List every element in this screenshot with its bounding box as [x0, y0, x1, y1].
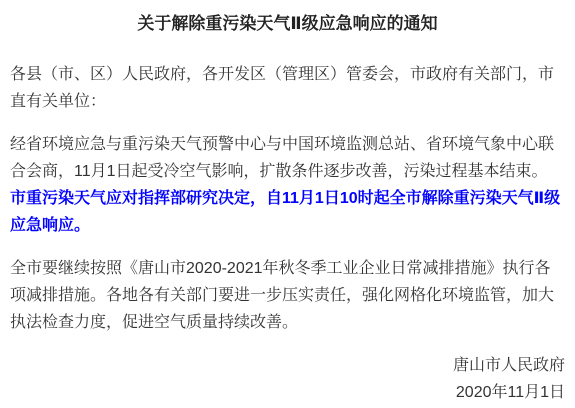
decision-highlight-text: 市重污染天气应对指挥部研究决定，自11月1日10时起全市解除重污染天气Ⅱ级应急响… — [10, 185, 565, 239]
consultation-text: 经省环境应急与重污染天气预警中心与中国环境监测总站、省环境气象中心联合会商，11… — [10, 136, 554, 180]
notice-paragraph-measures: 全市要继续按照《唐山市2020-2021年秋冬季工业企业日常减排措施》执行各项减… — [10, 255, 565, 336]
signature-date: 2020年11月1日 — [10, 379, 565, 406]
signature-issuer: 唐山市人民政府 — [10, 352, 565, 379]
notice-paragraph-consultation: 经省环境应急与重污染天气预警中心与中国环境监测总站、省环境气象中心联合会商，11… — [10, 131, 565, 239]
signature-block: 唐山市人民政府 2020年11月1日 — [10, 352, 565, 406]
notice-document: 关于解除重污染天气Ⅱ级应急响应的通知 各县（市、区）人民政府，各开发区（管理区）… — [0, 0, 575, 406]
notice-addressee: 各县（市、区）人民政府，各开发区（管理区）管委会，市政府有关部门，市直有关单位： — [10, 61, 565, 115]
notice-title: 关于解除重污染天气Ⅱ级应急响应的通知 — [10, 10, 565, 37]
